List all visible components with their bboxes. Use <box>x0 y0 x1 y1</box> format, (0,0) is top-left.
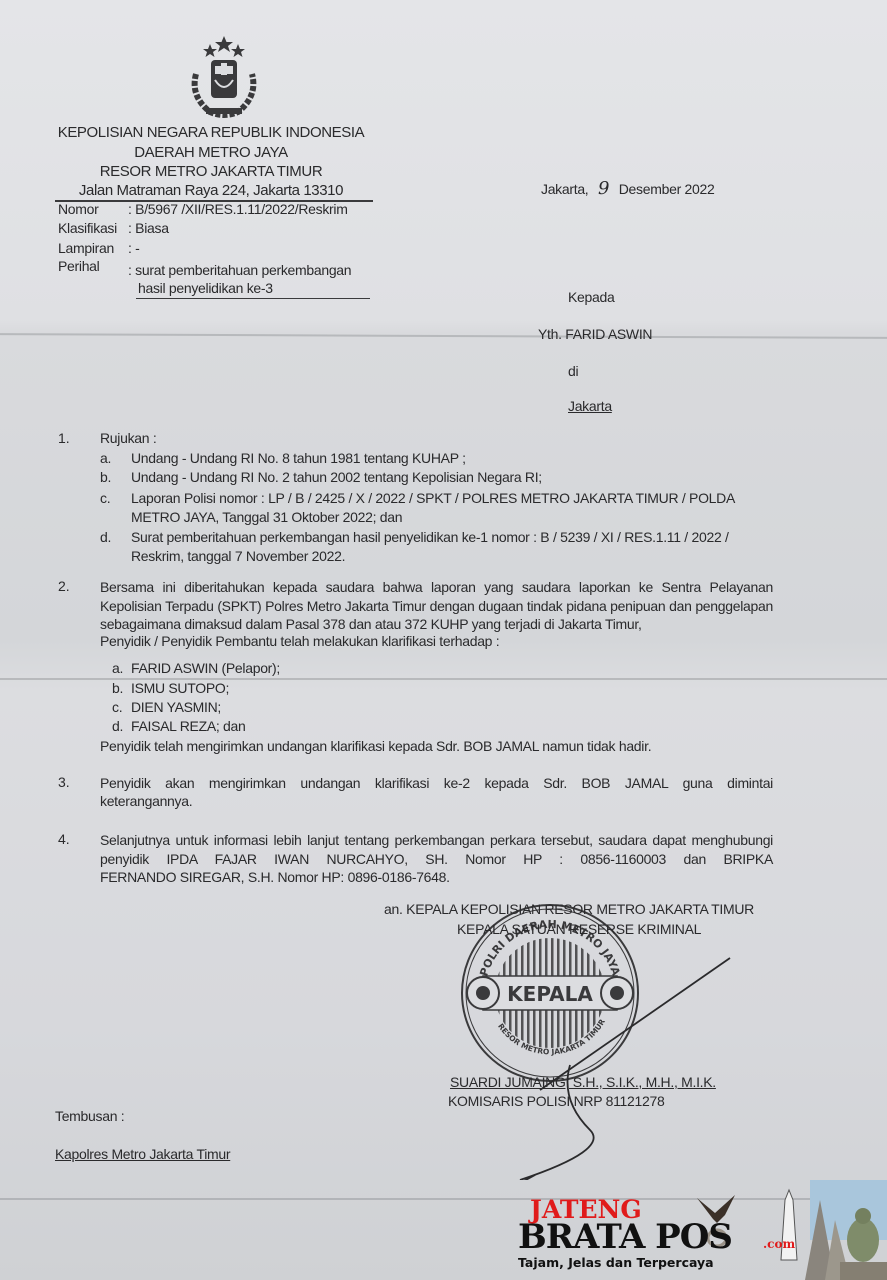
perihal-label: Perihal <box>58 258 99 274</box>
jateng-bratapos-watermark: JATENG BRATA POS .com Tajam, Jelas dan T… <box>510 1175 887 1280</box>
signer-name: SUARDI JUMAING, S.H., S.I.K., M.H., M.I.… <box>450 1074 716 1090</box>
letterhead-line2: DAERAH METRO JAYA <box>55 144 367 161</box>
temple-landmark-icon <box>775 1180 887 1280</box>
signer-rank: KOMISARIS POLISI NRP 81121278 <box>448 1093 664 1109</box>
section-2-number: 2. <box>58 578 70 594</box>
klarifikasi-a: FARID ASWIN (Pelapor); <box>131 660 280 676</box>
rujukan-d-line1: Surat pemberitahuan perkembangan hasil p… <box>131 529 729 545</box>
rujukan-c-label: c. <box>100 490 110 506</box>
klarifikasi-d-label: d. <box>112 718 123 734</box>
nomor-value: : B/5967 /XII/RES.1.11/2022/Reskrim <box>128 201 348 217</box>
rujukan-a: Undang - Undang RI No. 8 tahun 1981 tent… <box>131 450 466 466</box>
letterhead-line3: RESOR METRO JAKARTA TIMUR <box>55 163 367 180</box>
section-1-title: Rujukan : <box>100 430 156 446</box>
date-month-year: Desember 2022 <box>619 181 715 197</box>
brand-bratapos: BRATA POS <box>518 1217 732 1257</box>
date-city: Jakarta, <box>541 181 588 197</box>
rujukan-d-line2: Reskrim, tanggal 7 November 2022. <box>131 548 345 564</box>
rujukan-b: Undang - Undang RI No. 2 tahun 2002 tent… <box>131 469 542 485</box>
klasifikasi-value: : Biasa <box>128 220 169 236</box>
section-4-text-last: FERNANDO SIREGAR, S.H. Nomor HP: 0896-01… <box>100 869 450 885</box>
letterhead-line1: KEPOLISIAN NEGARA REPUBLIK INDONESIA <box>55 124 367 141</box>
paper-fold <box>0 333 887 339</box>
klarifikasi-c-label: c. <box>112 699 122 715</box>
rujukan-c-line2: METRO JAYA, Tanggal 31 Oktober 2022; dan <box>131 509 402 525</box>
signature-line2: KEPALA SATUAN RESERSE KRIMINAL <box>457 921 701 937</box>
letterhead-address: Jalan Matraman Raya 224, Jakarta 13310 <box>55 182 367 199</box>
klasifikasi-label: Klasifikasi <box>58 220 117 236</box>
klarifikasi-b-label: b. <box>112 680 123 696</box>
section-3-text-last: keterangannya. <box>100 793 192 809</box>
tembusan-item: Kapolres Metro Jakarta Timur <box>55 1146 230 1162</box>
tembusan-label: Tembusan : <box>55 1108 124 1124</box>
letter-paper: KEPOLISIAN NEGARA REPUBLIK INDONESIA DAE… <box>0 0 887 1280</box>
rujukan-d-label: d. <box>100 529 111 545</box>
police-emblem-icon <box>180 34 268 120</box>
date-line: Jakarta, 9 Desember 2022 <box>541 178 714 199</box>
rujukan-a-label: a. <box>100 450 111 466</box>
section-2-closing: Penyidik telah mengirimkan undangan klar… <box>100 738 651 754</box>
recipient-kepada: Kepada <box>568 289 614 305</box>
rujukan-c-line1: Laporan Polisi nomor : LP / B / 2425 / X… <box>131 490 735 506</box>
brand-com: .com <box>763 1237 795 1251</box>
nomor-label: Nomor <box>58 201 99 217</box>
section-2-text: Bersama ini diberitahukan kepada saudara… <box>100 578 773 634</box>
section-2-text-last: Penyidik / Penyidik Pembantu telah melak… <box>100 633 499 649</box>
klarifikasi-d: FAISAL REZA; dan <box>131 718 246 734</box>
perihal-underline <box>136 298 370 299</box>
section-3-text: Penyidik akan mengirimkan undangan klari… <box>100 774 773 793</box>
lampiran-value: : - <box>128 240 140 256</box>
section-1-number: 1. <box>58 430 70 446</box>
signature-scrawl <box>500 950 750 1180</box>
rujukan-b-label: b. <box>100 469 111 485</box>
klarifikasi-a-label: a. <box>112 660 123 676</box>
klarifikasi-c: DIEN YASMIN; <box>131 699 221 715</box>
perihal-line1: : surat pemberitahuan perkembangan <box>128 262 351 278</box>
section-4-text: Selanjutnya untuk informasi lebih lanjut… <box>100 831 773 868</box>
signature-line1: an. KEPALA KEPOLISIAN RESOR METRO JAKART… <box>384 901 754 917</box>
recipient-name: Yth. FARID ASWIN <box>538 326 652 342</box>
brand-tagline: Tajam, Jelas dan Terpercaya <box>518 1255 714 1270</box>
klarifikasi-b: ISMU SUTOPO; <box>131 680 229 696</box>
recipient-di: di <box>568 363 578 379</box>
section-3-number: 3. <box>58 774 70 790</box>
perihal-line2: hasil penyelidikan ke-3 <box>138 280 273 296</box>
section-4-number: 4. <box>58 831 70 847</box>
date-day-handwritten: 9 <box>598 178 609 199</box>
lampiran-label: Lampiran <box>58 240 114 256</box>
recipient-city: Jakarta <box>568 398 612 414</box>
